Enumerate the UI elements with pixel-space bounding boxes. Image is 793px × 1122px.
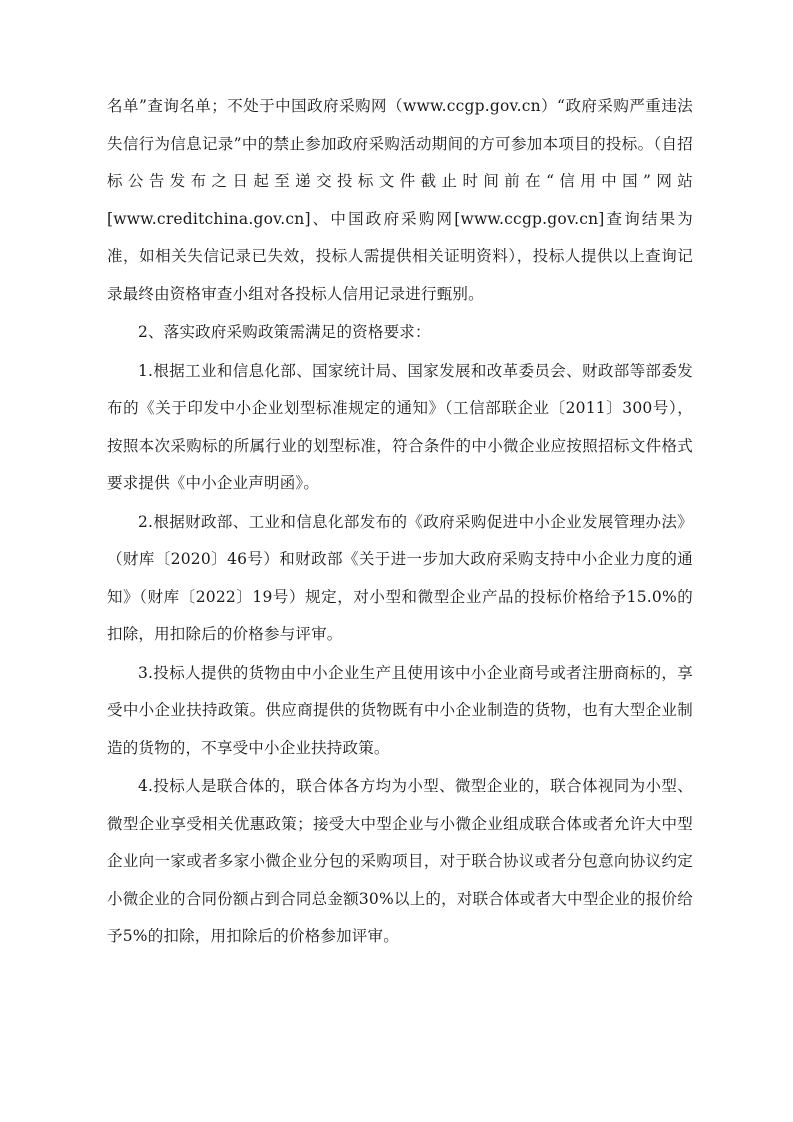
- paragraph-item-2: 2.根据财政部、工业和信息化部发布的《政府采购促进中小企业发展管理办法》（财库〔…: [107, 504, 693, 654]
- paragraph-credit-check: 名单”查询名单；不处于中国政府采购网（www.ccgp.gov.cn）“政府采购…: [107, 88, 693, 313]
- section-heading-qualification: 2、落实政府采购政策需满足的资格要求：: [107, 314, 693, 352]
- paragraph-item-1: 1.根据工业和信息化部、国家统计局、国家发展和改革委员会、财政部等部委发布的《关…: [107, 353, 693, 503]
- document-page: 名单”查询名单；不处于中国政府采购网（www.ccgp.gov.cn）“政府采购…: [107, 88, 693, 956]
- paragraph-item-4: 4.投标人是联合体的，联合体各方均为小型、微型企业的，联合体视同为小型、微型企业…: [107, 768, 693, 956]
- paragraph-item-3: 3.投标人提供的货物由中小企业生产且使用该中小企业商号或者注册商标的，享受中小企…: [107, 655, 693, 768]
